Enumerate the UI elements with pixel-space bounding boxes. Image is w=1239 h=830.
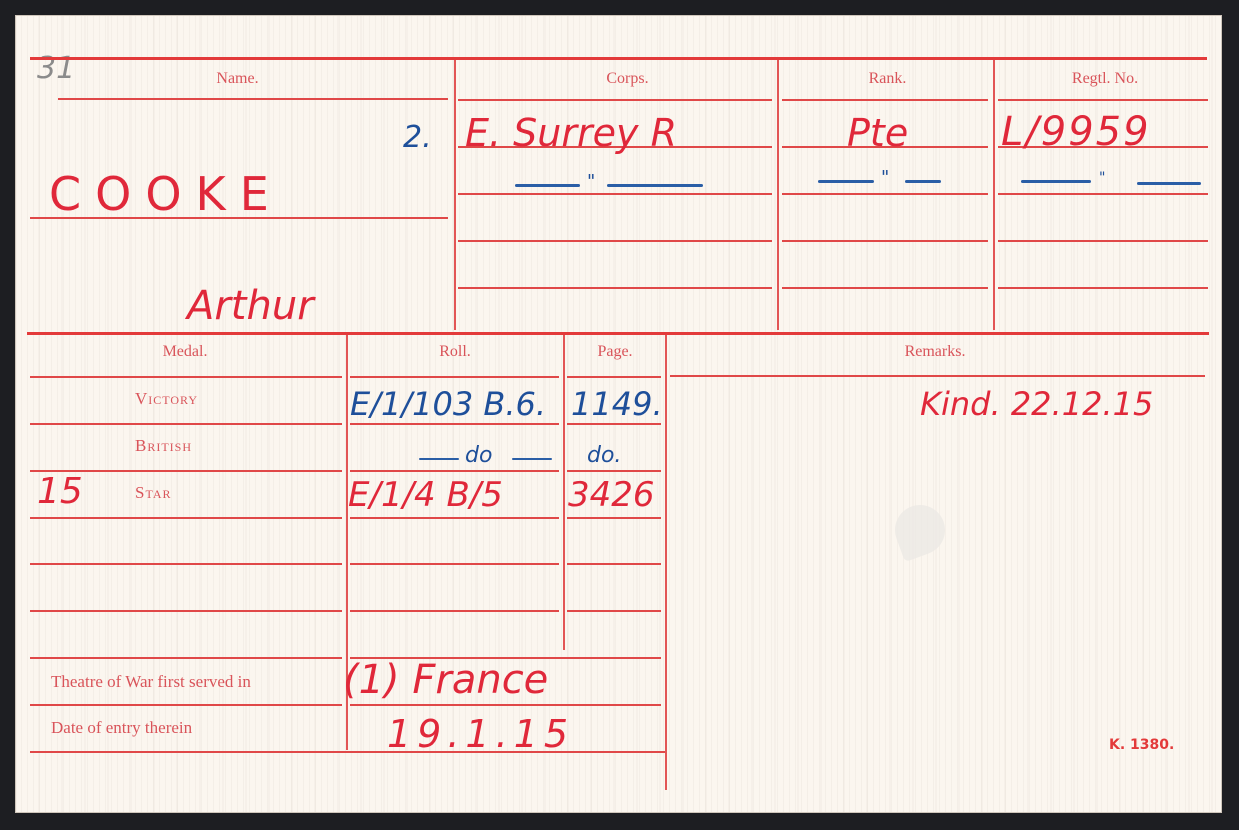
corps-value: E. Surrey R	[465, 111, 677, 155]
ditto-dash	[607, 184, 703, 187]
corps-row-line	[458, 193, 772, 195]
roll-row-line	[350, 517, 559, 519]
roll-star: E/1/4 B/5	[348, 475, 503, 515]
medal-row-line	[30, 517, 342, 519]
medal-header: Medal.	[125, 343, 245, 361]
medal-label-victory: Victory	[135, 389, 245, 409]
medal-row-line	[30, 423, 342, 425]
medal-row-line	[30, 610, 342, 612]
ditto-dash	[419, 458, 459, 460]
regtl-ditto: "	[1099, 170, 1105, 186]
medal-row-line	[30, 376, 342, 378]
medal-row-line	[30, 563, 342, 565]
medal-index-card: 31 Name. Corps. Rank. Regtl. No. 2. COOK…	[15, 15, 1222, 813]
corps-row-line	[458, 287, 772, 289]
page-row-line	[567, 517, 661, 519]
ditto-dash	[1137, 182, 1201, 185]
top-rule	[30, 57, 1207, 60]
star-prefix: 15	[37, 471, 83, 512]
medal-label-british: British	[135, 436, 245, 456]
regtl-row-line	[998, 99, 1208, 101]
roll-row-line	[350, 704, 661, 706]
ditto-dash	[818, 180, 874, 183]
page-row-line	[567, 610, 661, 612]
roll-row-line	[350, 423, 559, 425]
forename: Arthur	[187, 283, 314, 329]
form-number: K. 1380.	[1109, 737, 1174, 753]
rank-row-line	[782, 287, 988, 289]
roll-row-line	[350, 470, 559, 472]
medal-label-star: Star	[135, 483, 245, 503]
entry-number: 2.	[403, 120, 432, 155]
regtl-no-header: Regtl. No.	[1025, 70, 1185, 88]
regtl-row-line	[998, 287, 1208, 289]
regtl-row-line	[998, 193, 1208, 195]
roll-row-line	[350, 376, 559, 378]
remarks-rule	[670, 375, 1205, 377]
name-header: Name.	[165, 70, 310, 88]
page-row-line	[567, 470, 661, 472]
page-row-line	[567, 423, 661, 425]
corps-row-line	[458, 99, 772, 101]
roll-row-line	[350, 610, 559, 612]
page-row-line	[567, 376, 661, 378]
rank-header: Rank.	[815, 70, 960, 88]
ditto-dash	[1021, 180, 1091, 183]
remarks-header: Remarks.	[865, 343, 1005, 361]
rank-value: Pte	[847, 111, 908, 155]
page-header: Page.	[570, 343, 660, 361]
page-british: do.	[587, 443, 621, 468]
medal-row-line	[30, 704, 342, 706]
divider-roll-page	[563, 335, 565, 650]
remarks-value: Kind. 22.12.15	[920, 385, 1153, 423]
page-row-line	[567, 563, 661, 565]
faint-stamp-mark	[888, 498, 952, 562]
corps-ditto: "	[587, 171, 595, 192]
page-star: 3426	[568, 475, 655, 515]
section-rule	[27, 332, 1209, 335]
regtl-no-value: L/9959	[1001, 109, 1151, 155]
page-victory: 1149.	[571, 385, 663, 423]
divider-name-corps	[454, 60, 456, 330]
corps-header: Corps.	[555, 70, 700, 88]
ditto-dash	[515, 184, 580, 187]
ditto-dash	[512, 458, 552, 460]
rank-ditto: "	[881, 167, 889, 188]
rank-row-line	[782, 193, 988, 195]
divider-rank-regtl	[993, 60, 995, 330]
rank-row-line	[782, 240, 988, 242]
divider-page-remarks	[665, 335, 667, 790]
roll-header: Roll.	[410, 343, 500, 361]
divider-corps-rank	[777, 60, 779, 330]
corps-row-line	[458, 240, 772, 242]
name-header-rule	[58, 98, 448, 100]
roll-victory: E/1/103 B.6.	[350, 385, 546, 423]
medal-row-line	[30, 657, 342, 659]
entry-date-label: Date of entry therein	[51, 718, 351, 738]
ditto-dash	[905, 180, 941, 183]
regtl-row-line	[998, 240, 1208, 242]
surname: COOKE	[49, 167, 283, 221]
roll-british: do	[465, 443, 492, 468]
theatre-value: (1) France	[343, 657, 548, 703]
roll-row-line	[350, 563, 559, 565]
rank-row-line	[782, 99, 988, 101]
theatre-label: Theatre of War first served in	[51, 672, 351, 692]
entry-date-value: 19.1.15	[387, 712, 574, 756]
